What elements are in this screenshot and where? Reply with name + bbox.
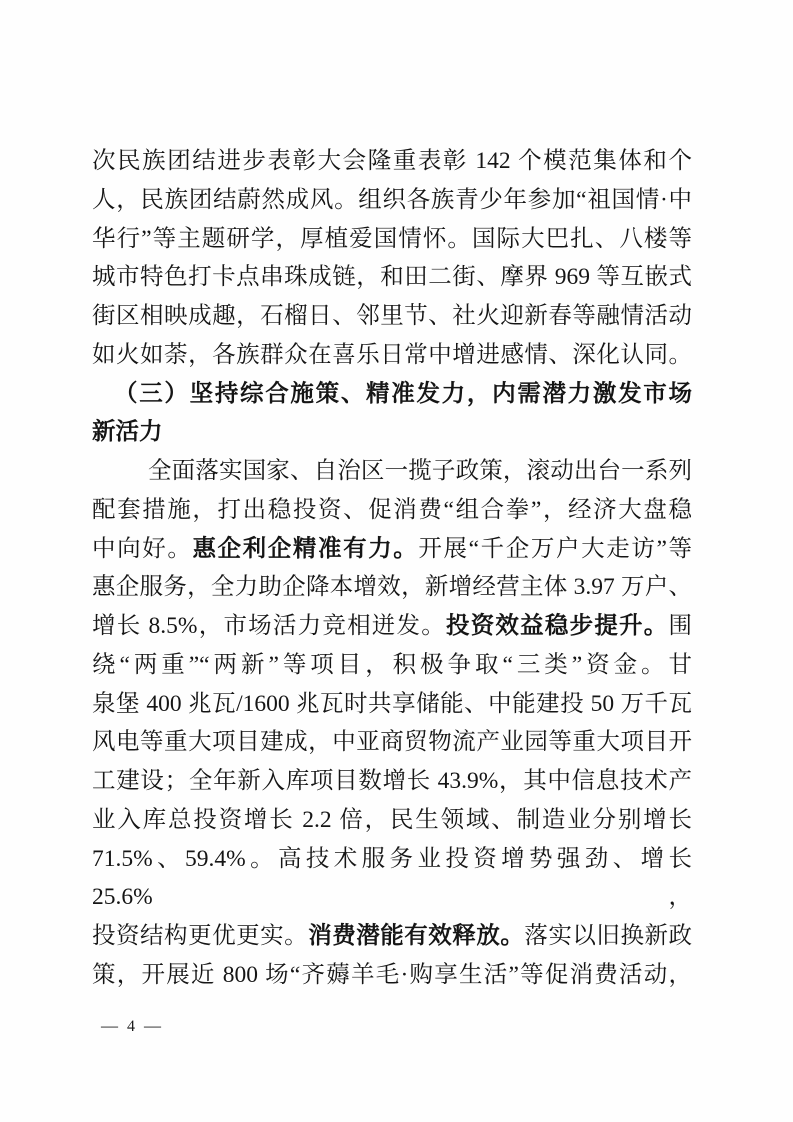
emphasis-text: 投资效益稳步提升。 (446, 613, 669, 639)
text-line: 城市特色打卡点串珠成链，和田二街、摩界 969 等互嵌式 (92, 258, 692, 297)
text-line: 街区相映成趣，石榴日、邻里节、社火迎新春等融情活动 (92, 297, 692, 336)
text-line: 华行”等主题研学，厚植爱国情怀。国际大巴扎、八楼等 (92, 220, 692, 259)
text-line: 风电等重大项目建成，中亚商贸物流产业园等重大项目开 (92, 723, 692, 762)
text-line: 工建设；全年新入库项目数增长 43.9%，其中信息技术产 (92, 762, 692, 801)
text-line: 如火如荼，各族群众在喜乐日常中增进感情、深化认同。 (92, 336, 692, 375)
body-text: 工建设；全年新入库项目数增长 43.9%，其中信息技术产 (92, 768, 692, 794)
body-text: 增长 8.5%，市场活力竞相迸发。 (92, 613, 446, 639)
page-footer: — 4 — (101, 1016, 161, 1036)
footer-dash-left: — (101, 1016, 118, 1036)
text-line: 中向好。惠企利企精准有力。开展“千企万户大走访”等 (92, 530, 692, 569)
text-line: 业入库总投资增长 2.2 倍，民生领域、制造业分别增长 (92, 801, 692, 840)
text-line: 配套措施，打出稳投资、促消费“组合拳”，经济大盘稳 (92, 491, 692, 530)
body-text: 中向好。 (92, 536, 192, 562)
body-text: 城市特色打卡点串珠成链，和田二街、摩界 969 等互嵌式 (92, 264, 692, 290)
body-text: 街区相映成趣，石榴日、邻里节、社火迎新春等融情活动 (92, 303, 692, 329)
document-body: 次民族团结进步表彰大会隆重表彰 142 个模范集体和个人，民族团结蔚然成风。组织… (92, 142, 692, 995)
section-heading-line: （三）坚持综合施策、精准发力，内需潜力激发市场 (92, 375, 692, 414)
body-text: 人，民族团结蔚然成风。组织各族青少年参加“祖国情·中 (92, 187, 692, 213)
body-text: 策，开展近 800 场“齐薅羊毛·购享生活”等促消费活动， (92, 962, 692, 988)
text-line: 策，开展近 800 场“齐薅羊毛·购享生活”等促消费活动， (92, 956, 692, 995)
body-text: 全面落实国家、自治区一揽子政策，滚动出台一系列 (148, 458, 692, 484)
body-text: 落实以旧换新政 (524, 923, 692, 949)
page-number: 4 (127, 1018, 135, 1036)
emphasis-text: 惠企利企精准有力。 (192, 536, 418, 562)
body-text: 投资结构更优更实。 (92, 923, 308, 949)
text-line: 绕“两重”“两新”等项目，积极争取“三类”资金。甘 (92, 646, 692, 685)
document-page: 次民族团结进步表彰大会隆重表彰 142 个模范集体和个人，民族团结蔚然成风。组织… (0, 0, 793, 1122)
body-text: 次民族团结进步表彰大会隆重表彰 142 个模范集体和个 (92, 148, 692, 174)
section-heading-line: 新活力 (92, 413, 692, 452)
text-line: 惠企服务，全力助企降本增效，新增经营主体 3.97 万户、 (92, 568, 692, 607)
text-line: 全面落实国家、自治区一揽子政策，滚动出台一系列 (92, 452, 692, 491)
body-text: 如火如荼，各族群众在喜乐日常中增进感情、深化认同。 (92, 342, 692, 368)
body-text: 绕“两重”“两新”等项目，积极争取“三类”资金。甘 (92, 652, 692, 678)
emphasis-text: 消费潜能有效释放。 (308, 923, 524, 949)
body-text: 惠企服务，全力助企降本增效，新增经营主体 3.97 万户、 (92, 574, 692, 600)
body-text: 泉堡 400 兆瓦/1600 兆瓦时共享储能、中能建投 50 万千瓦 (92, 691, 692, 717)
body-text: 华行”等主题研学，厚植爱国情怀。国际大巴扎、八楼等 (92, 226, 692, 252)
text-line: 71.5%、59.4%。高技术服务业投资增势强劲、增长 25.6%， (92, 840, 692, 918)
body-text: 围 (669, 613, 693, 639)
text-line: 投资结构更优更实。消费潜能有效释放。落实以旧换新政 (92, 917, 692, 956)
body-text: 开展“千企万户大走访”等 (418, 536, 692, 562)
body-text: 新活力 (92, 419, 163, 445)
body-text: 配套措施，打出稳投资、促消费“组合拳”，经济大盘稳 (92, 497, 692, 523)
body-text: 71.5%、59.4%。高技术服务业投资增势强劲、增长 25.6%， (92, 846, 692, 911)
footer-dash-right: — (144, 1016, 161, 1036)
body-text: 风电等重大项目建成，中亚商贸物流产业园等重大项目开 (92, 729, 692, 755)
body-text: 业入库总投资增长 2.2 倍，民生领域、制造业分别增长 (92, 807, 692, 833)
text-line: 次民族团结进步表彰大会隆重表彰 142 个模范集体和个 (92, 142, 692, 181)
body-text: （三）坚持综合施策、精准发力，内需潜力激发市场 (114, 381, 692, 407)
text-line: 泉堡 400 兆瓦/1600 兆瓦时共享储能、中能建投 50 万千瓦 (92, 685, 692, 724)
text-line: 人，民族团结蔚然成风。组织各族青少年参加“祖国情·中 (92, 181, 692, 220)
text-line: 增长 8.5%，市场活力竞相迸发。投资效益稳步提升。围 (92, 607, 692, 646)
